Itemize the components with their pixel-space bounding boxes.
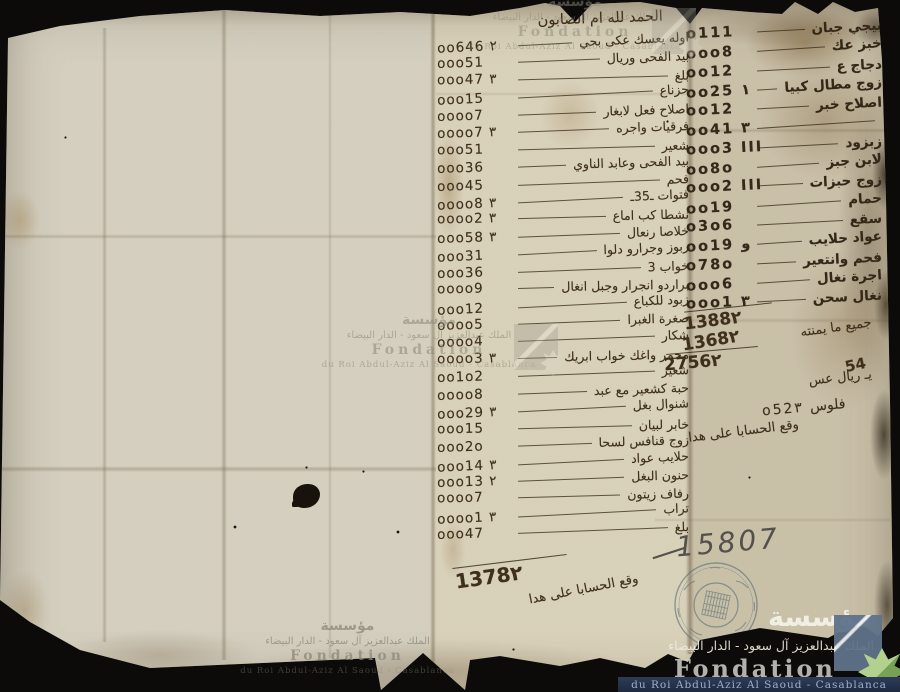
ledger-amount: o78o xyxy=(686,255,753,274)
ledger-item-label: زوج مطال كبيا xyxy=(784,74,882,96)
fulus-label: فلوس xyxy=(809,396,846,415)
ledger-row: ooo3 III زبزود xyxy=(686,131,883,159)
ledger-row: ooo14 ٣ حلايب عواد xyxy=(437,447,690,476)
ledger-row: ooo8 خبز عك xyxy=(686,34,883,65)
ledger-amount: ooo15 xyxy=(437,89,514,108)
ledger-amount: oooo7 xyxy=(437,106,513,124)
ledger-row: ooo15 حزناع xyxy=(437,81,690,110)
ledger-amount: ooo15 xyxy=(437,419,513,436)
ledger-dash-line xyxy=(518,233,620,238)
fulus-note: o52٣ فلوس xyxy=(761,395,862,420)
ledger-row: ooo2 III زوج حبزات xyxy=(686,170,883,198)
fulus-amount: o52٣ xyxy=(761,400,802,419)
ledger-row: ooo51 شعير xyxy=(437,136,689,158)
ledger-row: ooo15 خابر لبيان xyxy=(437,415,689,437)
ledger-item-label: بلغ xyxy=(675,68,690,83)
ledger-amount: ooo36 xyxy=(437,263,513,281)
ledger-dash-line xyxy=(518,287,554,289)
total-rule xyxy=(452,554,566,569)
right-subtotal: 1388٢ xyxy=(683,308,743,335)
ledger-item-label: بيجي جبان xyxy=(811,17,882,36)
ledger-row: oooo7 اصلاح فعل لابغار xyxy=(437,100,689,125)
ledger-item-label: محمر واغك خواب ابريك xyxy=(564,347,689,364)
ledger-item-label: سقع xyxy=(849,210,882,227)
ledger-row: ooo58 ٣ خلاصا رنعال xyxy=(437,222,689,247)
ledger-item-label: فتوات ـ35ـ xyxy=(630,186,689,204)
ledger-dash-line xyxy=(757,200,841,207)
ledger-dash-line xyxy=(757,66,830,71)
inventory-number-flourish xyxy=(653,547,686,559)
ledger-item-label: شعير xyxy=(662,137,689,153)
ledger-dash-line xyxy=(757,220,843,225)
ledger-dash-line xyxy=(757,184,803,187)
ink-blot xyxy=(293,484,320,508)
ledger-dash-line xyxy=(518,129,609,133)
ledger-row: o78o فحم وانتعير xyxy=(686,247,883,275)
ledger-dash-line xyxy=(757,299,806,303)
ledger-dash-line xyxy=(757,279,810,284)
center-ledger-column: الحمد لله ام الصابون oo646 ٢ اوله يعسك ع… xyxy=(437,12,689,540)
ledger-item-label: براردو انجرار وجبل انغال xyxy=(561,277,689,294)
ledger-amount: oooo2 ٣ xyxy=(437,210,513,227)
ledger-row: ooo1 ٣ نغال سحن xyxy=(686,286,883,314)
ledger-dash-line xyxy=(757,143,838,148)
ledger-item-label: حبة كشعير مع عبد xyxy=(594,380,689,398)
ledger-row: ooo36 بيد الفحى وعابد الناوي xyxy=(437,152,689,177)
right-ledger-column: o111 بيجي جبان ooo8 خبز عك oo12 دجاج ع xyxy=(686,20,882,309)
inventory-number: 15807 xyxy=(675,522,782,564)
ledger-row: ooo2o زوج قنافس لسحا xyxy=(437,431,689,456)
ledger-item-label: فحم وانتعير xyxy=(803,249,883,269)
ledger-row: oooo7 رفاف زيتون xyxy=(437,485,689,507)
ledger-row: oo12 اصلاح خبر xyxy=(686,93,883,121)
ledger-item-label: نشطا كب اماع xyxy=(613,207,690,223)
ledger-item-label: زبود للكباع xyxy=(633,291,689,308)
watermark-foundation-bottom-left: مؤسسة الملك عبدالعزيز آل سعود - الدار ال… xyxy=(210,618,485,676)
ledger-item-label: حنون البغل xyxy=(631,467,689,484)
ledger-amount: ooo2o xyxy=(437,437,513,455)
ledger-amount: oo12 xyxy=(686,62,753,81)
ledger-amount: oo19 xyxy=(686,197,753,217)
right-grand-total-label: جميع ما يمنته xyxy=(761,315,872,345)
ledger-amount: ooo14 ٣ xyxy=(437,455,514,474)
ledger-amount: ooo6 xyxy=(686,274,753,294)
ledger-amount: ooo51 xyxy=(437,140,513,157)
ledger-amount: ooo58 ٣ xyxy=(437,228,513,246)
ledger-dash-line xyxy=(757,106,809,110)
ledger-amount: ooo3 III xyxy=(686,139,753,158)
ledger-dash-line xyxy=(757,261,796,264)
ledger-dash-line xyxy=(518,112,596,116)
ledger-row: o3o6 سقع xyxy=(686,209,883,237)
ledger-dash-line xyxy=(518,459,624,466)
ledger-amount: oo8o xyxy=(686,159,753,179)
right-final-total: 2756٢ xyxy=(663,351,722,376)
ledger-row: oo19 و عواد حلايب xyxy=(686,226,883,257)
ledger-item-label: حلايب عواد xyxy=(631,448,689,466)
watermark-fr-line: du Roi Abdul-Aziz Al Saoud - Casablanca xyxy=(210,666,485,677)
ledger-row: o111 بيجي جبان xyxy=(686,16,883,44)
ledger-row: ooo29 ٣ شنوال بغل xyxy=(437,394,690,423)
ledger-dash-line xyxy=(757,163,819,168)
ledger-amount: oo41 ٣ xyxy=(686,120,753,140)
ledger-dash-line xyxy=(757,47,825,52)
ledger-amount: ooo13 ٢ xyxy=(437,472,513,490)
ledger-dash-line xyxy=(518,179,660,185)
ledger-item-label: شعير xyxy=(662,363,690,379)
ledger-amount: o3o6 xyxy=(686,216,753,235)
ledger-amount: ooo51 xyxy=(437,54,513,72)
ledger-amount: oooo1 ٣ xyxy=(437,508,514,527)
ledger-row: ooo47 ٣ بلغ xyxy=(437,66,689,88)
ledger-dash-line xyxy=(518,146,655,151)
ledger-item-label: دجاج ع xyxy=(836,56,882,74)
watermark-foundation-main: مؤسسة الملك عبدالعزيز آل سعود - الدار ال… xyxy=(580,592,900,692)
ledger-item-label: فرقيات واجره xyxy=(616,118,689,135)
ledger-amount: oo12 xyxy=(686,100,753,119)
ledger-item-label: ربوز وجرارو دلوا xyxy=(603,239,689,258)
ledger-dash-line xyxy=(757,121,875,130)
watermark-foundation-top: مؤسسة الملك عبدالعزيز آل سعود - الدار ال… xyxy=(452,0,698,52)
ledger-dash-line xyxy=(518,197,623,204)
side-number: 54 xyxy=(843,354,867,376)
ledger-amount: oooo8 xyxy=(437,385,513,403)
ledger-row: oooo7 ٣ فرقيات واجره xyxy=(437,117,689,142)
watermark-fr-line: du Roi Abdul-Aziz Al Saoud - Casablanca xyxy=(631,679,887,691)
watermark-fr-name: Fondation xyxy=(210,648,485,666)
right-closing-note: وقع الحسابا على هدا xyxy=(688,417,800,445)
ledger-item-label: زوج حبزات xyxy=(809,172,882,191)
ledger-item-label: خواب 3 xyxy=(647,258,689,274)
ledger-row: oo19 حمام xyxy=(686,188,883,219)
ledger-dash-line xyxy=(518,165,566,168)
ledger-dash-line xyxy=(518,443,592,447)
ledger-item-label: خلاصا رنعال xyxy=(627,223,689,240)
ledger-amount: ooo29 ٣ xyxy=(437,403,514,422)
watermark-ar-line: الملك عبدالعزيز آل سعود - الدار البيضاء xyxy=(210,636,485,649)
ledger-dash-line xyxy=(518,391,587,395)
ledger-item-label: زوج قنافس لسحا xyxy=(598,432,689,450)
ledger-row: oooo1 ٣ تراب xyxy=(437,499,690,528)
ledger-dash-line xyxy=(518,76,668,81)
ledger-item-label: بلغ xyxy=(674,520,689,535)
ledger-item-label: عواد حلايب xyxy=(808,228,882,248)
ledger-dash-line xyxy=(518,509,656,517)
ledger-row: oo41 ٣ xyxy=(686,111,883,142)
ledger-item-label: حزناع xyxy=(659,82,689,98)
ledger-item-label: شنوال بغل xyxy=(632,396,689,414)
ledger-row: oooo8 ٣ فتوات ـ35ـ xyxy=(437,185,690,214)
ledger-dash-line xyxy=(518,59,600,63)
foundation-logo-icon xyxy=(652,8,696,54)
ledger-amount: oo19 و xyxy=(686,236,753,256)
ledger-item-label: فحم xyxy=(666,171,689,187)
ledger-row: ooo31 ربوز وجرارو دلوا xyxy=(437,238,690,267)
ledger-item-label: رفاف زيتون xyxy=(627,486,689,502)
ledger-dash-line xyxy=(757,29,804,32)
ledger-amount: ooo31 xyxy=(437,246,514,265)
ledger-dash-line xyxy=(518,528,668,535)
ledger-dash-line xyxy=(518,302,626,309)
watermark-foundation-middle: مؤسسة الملك عبدالعزيز آل سعود - الدار ال… xyxy=(298,312,560,370)
foundation-logo-icon xyxy=(514,324,558,370)
ledger-dash-line xyxy=(518,406,626,413)
ledger-row: ooo13 ٢ حنون البغل xyxy=(437,466,689,491)
watermark-banner: du Roi Abdul-Aziz Al Saoud - Casablanca xyxy=(618,677,900,692)
ledger-amount: oooo8 ٣ xyxy=(437,194,514,213)
ledger-amount: oooo7 xyxy=(437,489,513,506)
riyal-note: يـ ريال عس xyxy=(779,367,872,392)
ledger-dash-line xyxy=(757,241,802,245)
ledger-item-label: اصلاح فعل لابغار xyxy=(603,101,689,119)
ledger-dash-line xyxy=(518,495,620,499)
ledger-amount: ooo2 III xyxy=(686,177,753,196)
ledger-item-label: خبز عك xyxy=(831,35,882,54)
ledger-item-label: زبزود xyxy=(845,133,882,151)
ledger-dash-line xyxy=(518,216,606,219)
ledger-dash-line xyxy=(518,371,655,377)
ledger-row: oo12 دجاج ع xyxy=(686,54,883,82)
ledger-row: ooo45 فحم xyxy=(437,170,689,195)
ledger-item-label: اصلاح خبر xyxy=(816,94,883,113)
ledger-item-label: بيد الفحى وعابد الناوي xyxy=(573,153,689,172)
ledger-amount: ooo36 xyxy=(437,158,513,176)
watermark-ar-name: مؤسسة xyxy=(210,618,485,636)
ledger-item-label: شكار xyxy=(661,328,689,344)
ledger-item-label: صغرة الغبرا xyxy=(627,310,689,327)
ledger-dash-line xyxy=(518,91,652,99)
ledger-amount: ooo45 xyxy=(437,176,513,194)
ledger-item-label: لابن جبز xyxy=(826,151,882,170)
ledger-row: oooo8 حبة كشعير مع عبد xyxy=(437,379,689,404)
ledger-amount: ooo1 ٣ xyxy=(686,293,753,312)
ledger-dash-line xyxy=(518,267,641,273)
ledger-item-label: خابر لبيان xyxy=(639,416,690,432)
ledger-row: oooo9 براردو انجرار وجبل انغال xyxy=(437,276,689,298)
ledger-item-label: حمام xyxy=(848,190,883,208)
ledger-amount: oooo7 ٣ xyxy=(437,123,513,141)
ledger-row: oo25 ١ زوج مطال كبيا xyxy=(686,72,883,103)
ledger-row: oo8o لابن جبز xyxy=(686,149,883,180)
center-total: 1378٢ xyxy=(454,560,525,593)
ledger-item-label: تراب xyxy=(663,500,689,516)
ledger-amount: oooo9 xyxy=(437,280,513,297)
subtotal-rule xyxy=(684,302,772,312)
final-total-rule xyxy=(666,346,758,355)
ledger-item-label: اجرة نغال xyxy=(817,267,883,287)
ledger-dash-line xyxy=(757,88,777,90)
ledger-row: ooo47 بلغ xyxy=(437,518,689,543)
ledger-amount: oo25 ١ xyxy=(686,81,753,101)
ledger-row: ooo36 خواب 3 xyxy=(437,257,689,282)
ledger-dash-line xyxy=(518,251,596,256)
ledger-dash-line xyxy=(518,425,632,429)
right-grand-total: 1368٢ xyxy=(681,327,741,356)
ledger-amount: ooo47 ٣ xyxy=(437,71,513,88)
ledger-row: ooo6 اجرة نغال xyxy=(686,265,883,296)
ledger-amount: ooo47 xyxy=(437,525,513,543)
ledger-dash-line xyxy=(518,477,624,482)
scanned-manuscript-page: الحمد لله ام الصابون oo646 ٢ اوله يعسك ع… xyxy=(0,0,900,692)
ledger-row: oooo2 ٣ نشطا كب اماع xyxy=(437,206,689,228)
ledger-amount: oo1o2 xyxy=(437,368,513,386)
ledger-item-label: نغال سحن xyxy=(812,287,882,306)
